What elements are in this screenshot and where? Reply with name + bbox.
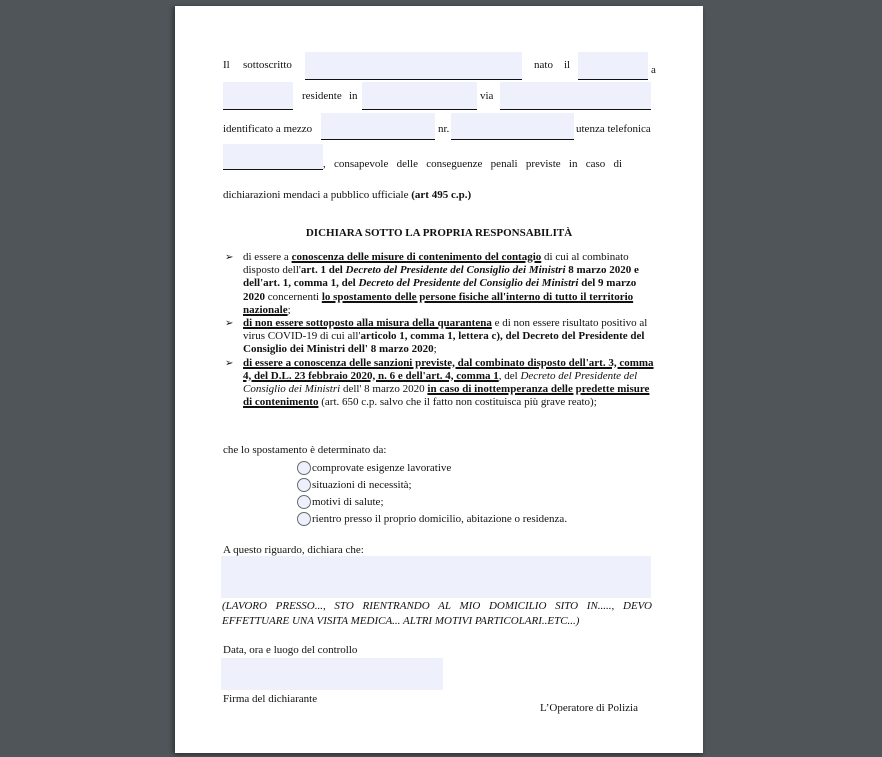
bullet-item: ➢di non essere sottoposto alla misura de… (225, 317, 655, 357)
motivo-option[interactable]: comprovate esigenze lavorative (297, 461, 451, 475)
bullet-item: ➢di essere a conoscenza delle misure di … (225, 251, 655, 317)
examples-note: (LAVORO PRESSO..., STO RIENTRANDO AL MIO… (222, 599, 652, 629)
bullet-text-part: , del (499, 370, 521, 382)
motivo-option[interactable]: situazioni di necessità; (297, 478, 412, 492)
document-page: Il sottoscritto nato il a residente in v… (175, 6, 703, 753)
label-nr: nr. (438, 123, 449, 136)
motivo-label: motivi di salute; (312, 496, 384, 509)
numero-documento-field[interactable] (451, 113, 574, 140)
bullet-text-part: ; (434, 343, 437, 355)
motivo-label: rientro presso il proprio domicilio, abi… (312, 513, 567, 526)
motivo-label: comprovate esigenze lavorative (312, 462, 451, 475)
arrow-bullet-icon: ➢ (225, 251, 233, 264)
radio-button-icon[interactable] (297, 512, 311, 526)
label-via: via (480, 90, 493, 103)
motivo-label: situazioni di necessità; (312, 479, 412, 492)
operatore-label: L’Operatore di Polizia (540, 702, 638, 715)
data-luogo-label: Data, ora e luogo del controllo (223, 644, 357, 657)
telefono-field[interactable] (223, 144, 323, 170)
bullet-text-part: dell' 8 marzo 2020 (340, 383, 427, 395)
label-il: Il (223, 59, 230, 72)
bullet-text-part: ; (288, 304, 291, 316)
label-identificato: identificato a mezzo (223, 123, 312, 136)
bullet-text-part: Decreto del Presidente del Consiglio dei… (346, 264, 566, 276)
spostamento-label: che lo spostamento è determinato da: (223, 444, 386, 457)
radio-button-icon[interactable] (297, 461, 311, 475)
art-495-label: (art 495 c.p.) (411, 189, 471, 201)
residenza-field[interactable] (362, 82, 477, 110)
dichiarazioni-label: dichiarazioni mendaci a pubblico ufficia… (223, 189, 409, 201)
declaration-heading: DICHIARA SOTTO LA PROPRIA RESPONSABILITÀ (175, 227, 703, 239)
bullet-text-part: Decreto del Presidente del Consiglio dei… (358, 277, 578, 289)
bullet-text-part: concernenti (265, 291, 322, 303)
radio-button-icon[interactable] (297, 495, 311, 509)
label-sottoscritto: sottoscritto (243, 59, 292, 72)
data-nascita-field[interactable] (578, 52, 648, 80)
dichiara-textarea[interactable] (221, 556, 651, 598)
note-line-1: (LAVORO PRESSO..., STO RIENTRANDO AL MIO… (222, 599, 652, 614)
bullet-item: ➢di essere a conoscenza delle sanzioni p… (225, 357, 655, 410)
luogo-nascita-field[interactable] (223, 82, 293, 110)
bullet-text-part: di essere a (243, 251, 292, 263)
label-in: in (349, 90, 358, 103)
arrow-bullet-icon: ➢ (225, 357, 233, 370)
bullet-text-part: conoscenza delle misure di contenimento … (292, 251, 542, 263)
firma-label: Firma del dichiarante (223, 693, 317, 706)
arrow-bullet-icon: ➢ (225, 317, 233, 330)
motivo-option[interactable]: rientro presso il proprio domicilio, abi… (297, 512, 567, 526)
bullet-text-part: art. 1 del (301, 264, 346, 276)
label-nato: nato (534, 59, 553, 72)
radio-button-icon[interactable] (297, 478, 311, 492)
declaration-bullets: ➢di essere a conoscenza delle misure di … (225, 251, 655, 409)
label-utenza: utenza telefonica (576, 123, 651, 136)
label-il-2: il (564, 59, 570, 72)
documento-field[interactable] (321, 113, 435, 140)
motivo-option[interactable]: motivi di salute; (297, 495, 384, 509)
bullet-text-part: di non essere sottoposto alla misura del… (243, 317, 492, 329)
consapevole-text: , consapevole delle conseguenze penali p… (323, 158, 622, 171)
label-residente: residente (302, 90, 342, 103)
via-field[interactable] (500, 82, 651, 110)
bullet-text-part: (art. 650 c.p. salvo che il fatto non co… (318, 396, 596, 408)
note-line-2: EFFETTUARE UNA VISITA MEDICA... ALTRI MO… (222, 614, 652, 629)
label-a: a (651, 64, 656, 77)
nome-field[interactable] (305, 52, 522, 80)
dichiarazioni-text: dichiarazioni mendaci a pubblico ufficia… (223, 189, 471, 202)
data-luogo-field[interactable] (221, 658, 443, 690)
